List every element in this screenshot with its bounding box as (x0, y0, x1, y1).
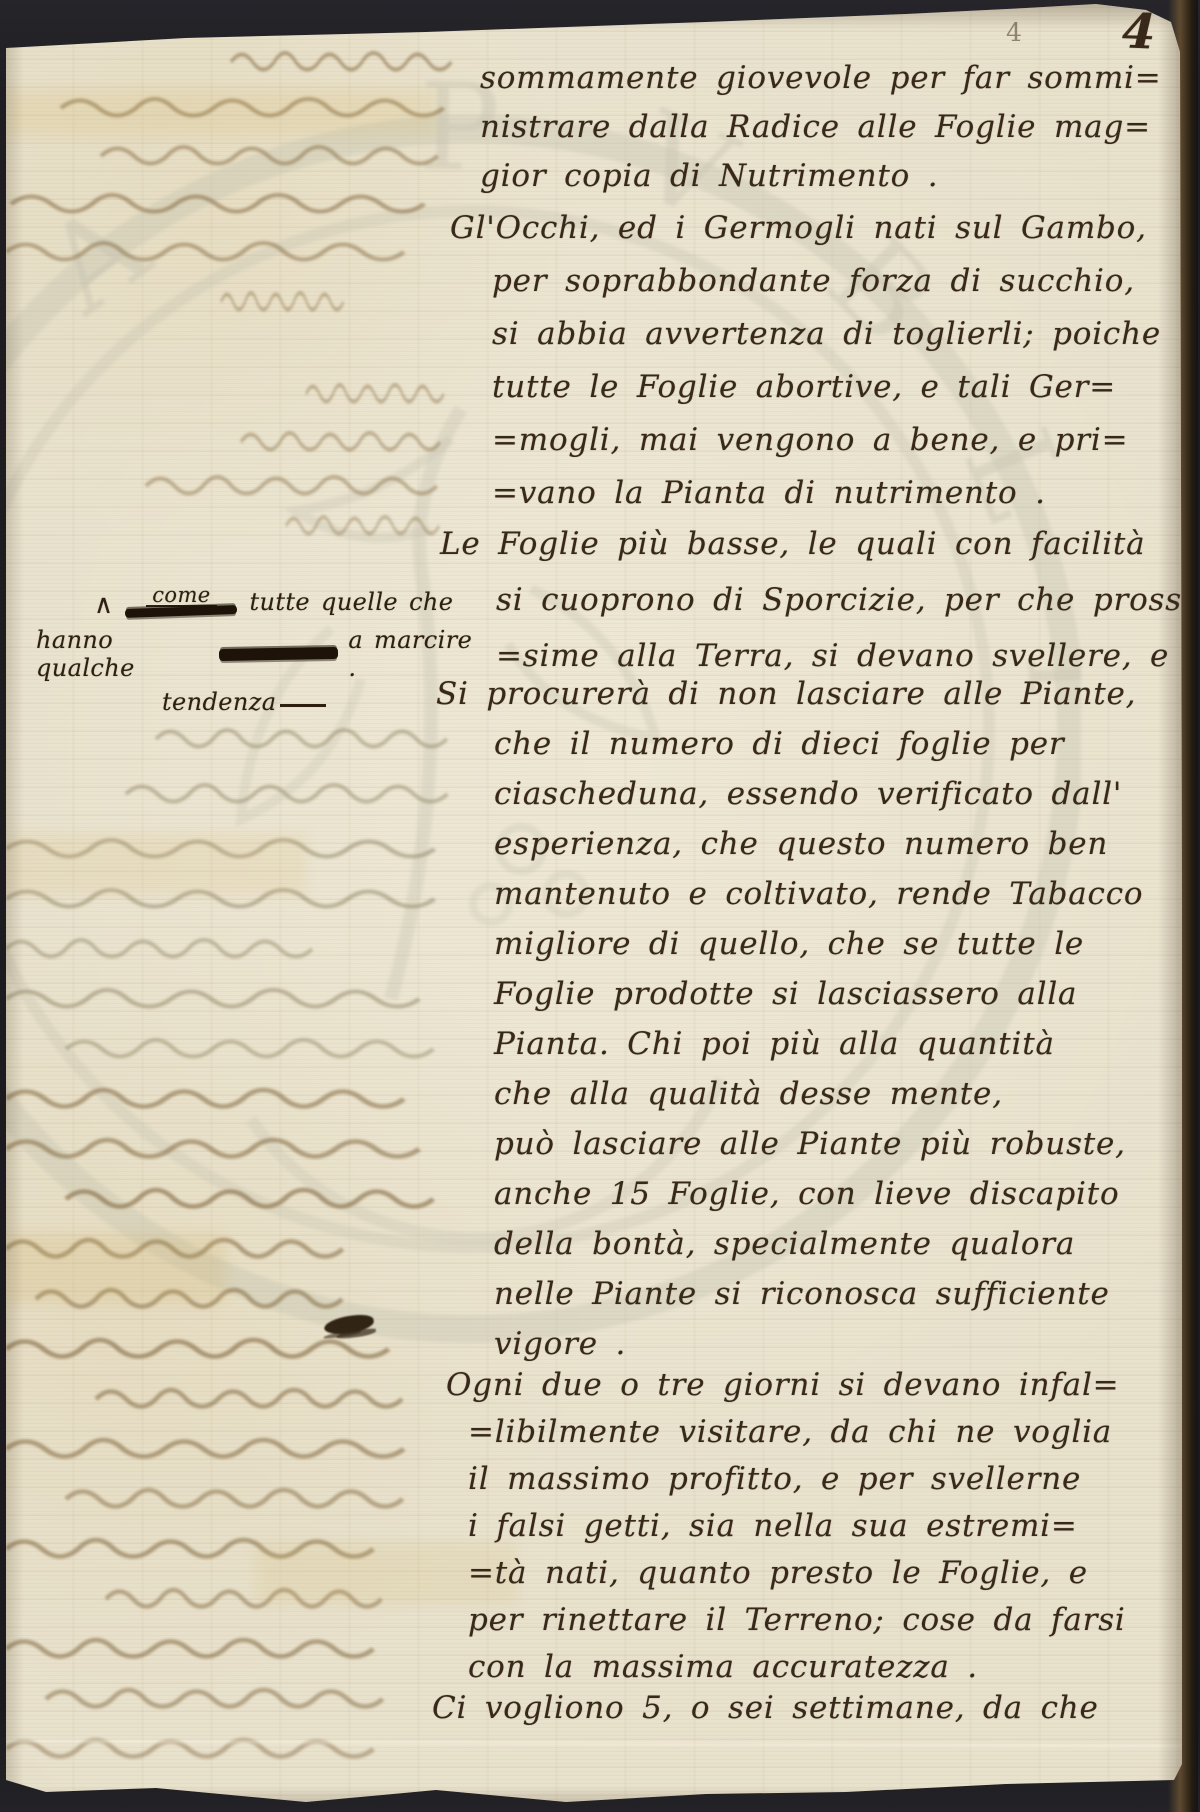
manuscript-page: I T A P V B L I (6, 4, 1184, 1808)
edge-shading (6, 4, 1184, 1808)
scan-background: I T A P V B L I (0, 0, 1200, 1812)
